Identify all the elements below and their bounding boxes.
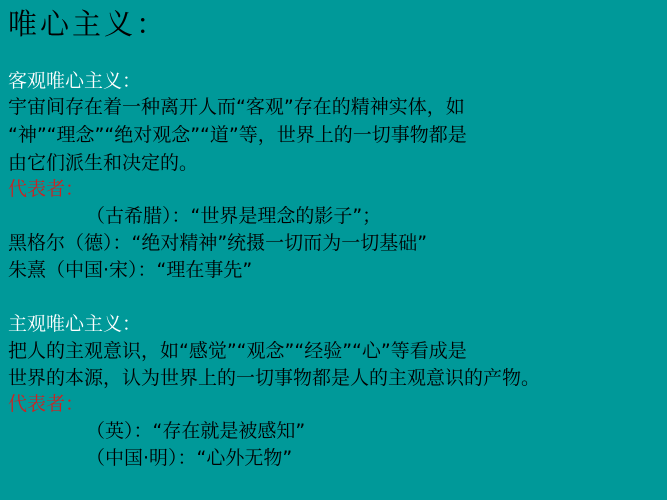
objective-body-line: 由它们派生和决定的。 [8, 152, 198, 175]
subjective-representatives-label: 代表者： [8, 393, 84, 416]
subjective-body-line: 把人的主观意识，如“感觉”“观念”“经验”“心”等看成是 [8, 340, 467, 363]
objective-representatives-label: 代表者： [8, 178, 84, 201]
objective-heading: 客观唯心主义： [8, 70, 141, 93]
subjective-body-line: 世界的本源，认为世界上的一切事物都是人的主观意识的产物。 [8, 367, 540, 390]
subjective-heading: 主观唯心主义： [8, 313, 141, 336]
objective-body-line: “神”“理念”“绝对观念”“道”等，世界上的一切事物都是 [8, 124, 467, 147]
slide-title: 唯心主义： [8, 6, 168, 42]
representative-item: 黑格尔（德）：“绝对精神”统摄一切而为一切基础” [8, 232, 427, 255]
representative-item: （中国·明）：“心外无物” [86, 447, 292, 470]
representative-item: （英）：“存在就是被感知” [86, 420, 305, 443]
representative-item: （古希腊）：“世界是理念的影子”； [86, 205, 381, 228]
slide: 唯心主义： 客观唯心主义： 宇宙间存在着一种离开人而“客观”存在的精神实体，如 … [0, 0, 667, 500]
objective-body-line: 宇宙间存在着一种离开人而“客观”存在的精神实体，如 [8, 96, 465, 119]
representative-item: 朱熹（中国·宋）：“理在事先” [8, 259, 252, 282]
